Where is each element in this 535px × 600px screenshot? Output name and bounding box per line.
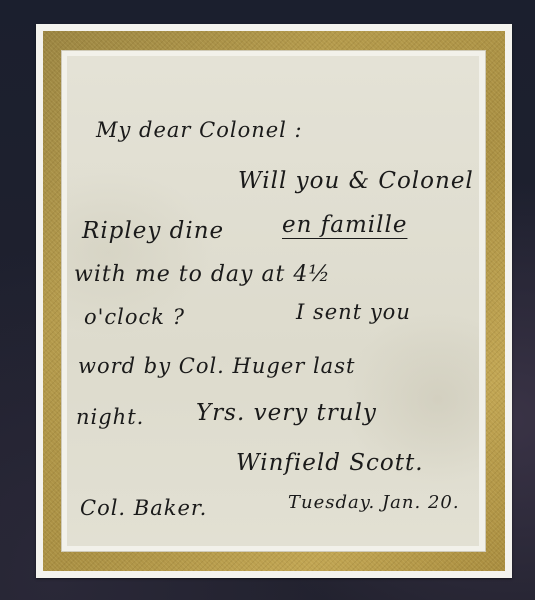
salutation: My dear Colonel : (96, 118, 303, 142)
letter-line-2b: en famille (282, 212, 407, 238)
letter-line-1: Will you & Colonel (238, 168, 474, 194)
letter-line-2a: Ripley dine (82, 218, 224, 244)
letter-line-6b: Yrs. very truly (196, 400, 377, 426)
date: Tuesday. Jan. 20. (288, 492, 460, 513)
letter-line-6a: night. (76, 405, 144, 429)
letter-line-5: word by Col. Huger last (78, 354, 355, 378)
letter-line-4a: o'clock ? (84, 305, 185, 329)
letter-line-3: with me to day at 4½ (74, 262, 331, 287)
signature: Winfield Scott. (236, 450, 424, 476)
addressee: Col. Baker. (80, 496, 207, 520)
letter-line-4b: I sent you (296, 300, 411, 324)
